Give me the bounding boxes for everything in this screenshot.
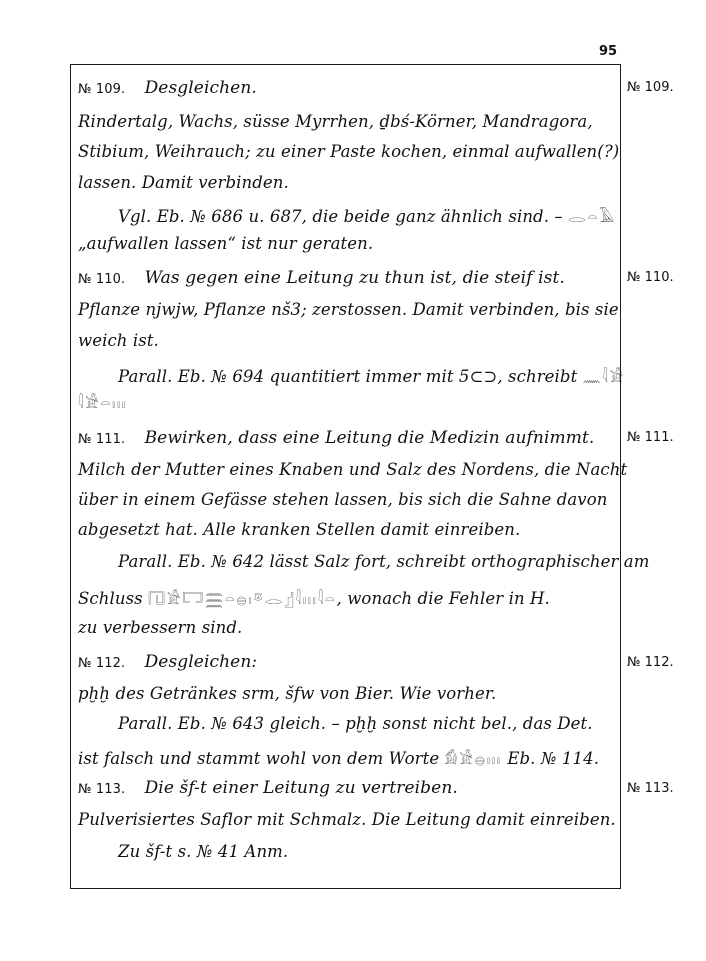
entry-111-note-3: zu verbessern sind.	[78, 618, 242, 637]
entry-title: Was gegen eine Leitung zu thun ist, die …	[145, 268, 565, 288]
entry-title: Die šf-t einer Leitung zu vertreiben.	[145, 778, 458, 798]
hieroglyph-group: 𓂋𓏏𓄿	[568, 208, 616, 226]
entry-number: № 113.	[78, 782, 125, 797]
entry-109-line-3: lassen. Damit verbinden.	[78, 173, 289, 192]
hieroglyph-group: 𓈖𓇋𓀀	[583, 368, 626, 386]
entry-109-note-1: Vgl. Eb. № 686 u. 687, die beide ganz äh…	[118, 202, 616, 227]
entry-111-note-1: Parall. Eb. № 642 lässt Salz fort, schre…	[118, 552, 649, 571]
entry-113-heading: № 113. Die šf-t einer Leitung zu vertrei…	[78, 778, 458, 798]
hieroglyph-group: 𓉔𓀀𓉐𓈗𓏏𓐍𓏤𓎼𓂋𓊨𓇋𓏥𓇋𓏏	[148, 590, 336, 608]
entry-111-margin-number: № 111.	[627, 430, 674, 445]
entry-109-margin-number: № 109.	[627, 80, 674, 95]
entry-number: № 111.	[78, 432, 125, 447]
entry-112-note-1: Parall. Eb. № 643 gleich. – pḫḫ sonst ni…	[118, 714, 593, 733]
note-text: , wonach die Fehler in H.	[337, 589, 550, 608]
entry-111-line-3: abgesetzt hat. Alle kranken Stellen dami…	[78, 520, 520, 539]
page-number: 95	[599, 44, 617, 59]
entry-title: Desgleichen.	[145, 78, 257, 98]
note-text: Parall. Eb. № 694 quantitiert immer mit …	[118, 367, 583, 386]
note-text: ist falsch und stammt wohl von dem Worte	[78, 749, 445, 768]
hieroglyph-group: 𓀁𓀀𓐍𓏥	[445, 750, 502, 768]
entry-110-margin-number: № 110.	[627, 270, 674, 285]
entry-111-line-2: über in einem Gefässe stehen lassen, bis…	[78, 490, 608, 509]
entry-109-line-2: Stibium, Weihrauch; zu einer Paste koche…	[78, 142, 619, 161]
entry-number: № 110.	[78, 272, 125, 287]
entry-110-line-1: Pflanze njwjw, Pflanze nš3; zerstossen. …	[78, 300, 619, 319]
note-text: Vgl. Eb. № 686 u. 687, die beide ganz äh…	[118, 207, 568, 226]
entry-110-note-glyph-line: 𓇋𓀀𓏏𓏥	[78, 388, 127, 413]
hieroglyph-group: 𓇋𓀀𓏏𓏥	[78, 394, 127, 412]
entry-112-heading: № 112. Desgleichen:	[78, 652, 257, 672]
entry-111-note-2: Schluss 𓉔𓀀𓉐𓈗𓏏𓐍𓏤𓎼𓂋𓊨𓇋𓏥𓇋𓏏, wonach die Fehle…	[78, 584, 550, 609]
entry-111-line-1: Milch der Mutter eines Knaben und Salz d…	[78, 460, 627, 479]
entry-number: № 109.	[78, 82, 125, 97]
entry-112-margin-number: № 112.	[627, 655, 674, 670]
entry-109-heading: № 109. Desgleichen.	[78, 78, 257, 98]
entry-title: Bewirken, dass eine Leitung die Medizin …	[145, 428, 595, 448]
entry-109-line-1: Rindertalg, Wachs, süsse Myrrhen, ḏbś-Kö…	[78, 112, 593, 131]
entry-110-note-1: Parall. Eb. № 694 quantitiert immer mit …	[118, 362, 625, 387]
entry-number: № 112.	[78, 656, 125, 671]
entry-113-line-1: Pulverisiertes Saflor mit Schmalz. Die L…	[78, 810, 616, 829]
entry-113-margin-number: № 113.	[627, 781, 674, 796]
entry-112-line-1: pḫḫ des Getränkes srm, šfw von Bier. Wie…	[78, 684, 496, 703]
entry-title: Desgleichen:	[145, 652, 258, 672]
entry-112-note-2: ist falsch und stammt wohl von dem Worte…	[78, 744, 599, 769]
note-text: Schluss	[78, 589, 143, 608]
entry-110-heading: № 110. Was gegen eine Leitung zu thun is…	[78, 268, 565, 288]
entry-110-line-2: weich ist.	[78, 331, 159, 350]
note-text: Eb. № 114.	[502, 749, 599, 768]
entry-109-note-2: „aufwallen lassen“ ist nur geraten.	[78, 234, 373, 253]
entry-111-heading: № 111. Bewirken, dass eine Leitung die M…	[78, 428, 594, 448]
entry-113-note-1: Zu šf-t s. № 41 Anm.	[118, 842, 288, 861]
